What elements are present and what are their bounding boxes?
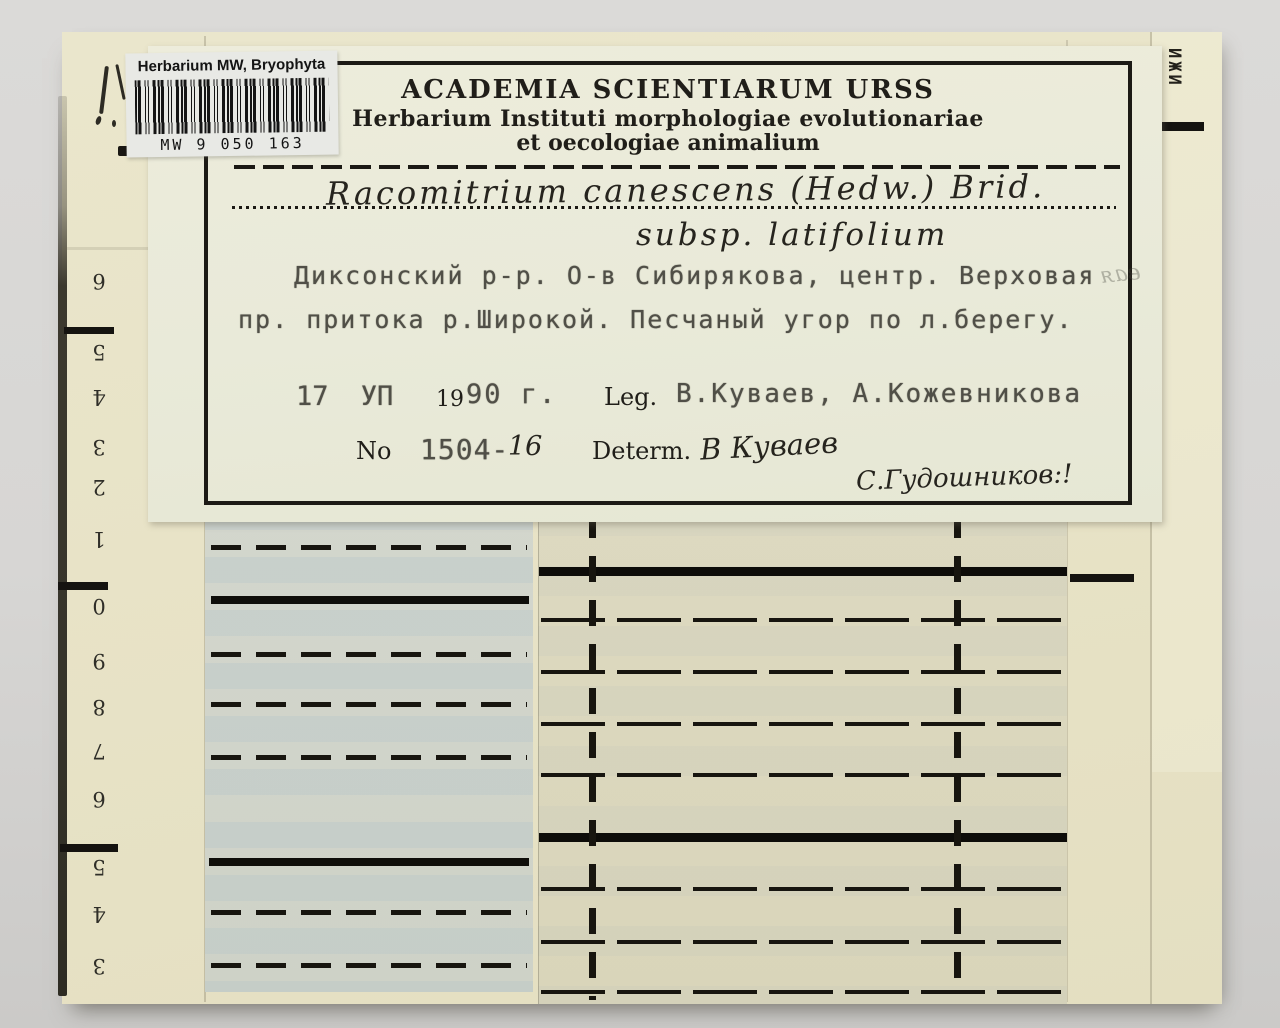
ruler-number: 5 <box>84 340 114 364</box>
ruler-number: 3 <box>84 954 114 978</box>
ruler-number: 6 <box>84 787 114 811</box>
locality-typed-line-1: Диксонский р-р. О-в Сибирякова, центр. В… <box>294 261 1095 290</box>
rule-line <box>541 940 1065 944</box>
ruler-number: 3 <box>84 435 114 459</box>
institution-name: ACADEMIA SCIENTIARUM URSS <box>208 75 1128 105</box>
ruler-number: 9 <box>84 649 114 673</box>
packet-left-torn-edge <box>58 96 67 996</box>
specimen-number-handwritten: 16 <box>508 431 542 462</box>
ruler-number: 2 <box>84 475 114 499</box>
barcode-number: MW 9 050 163 <box>153 134 312 154</box>
barcode-sticker: Herbarium MW, Bryophyta MW 9 050 163 <box>125 51 338 158</box>
rule-line <box>539 833 1067 842</box>
right-flap-highlight <box>1152 32 1222 772</box>
ruled-panel-left <box>205 504 533 992</box>
rule-line <box>541 670 1065 674</box>
rule-line <box>541 773 1065 777</box>
rule-line <box>211 910 527 915</box>
year-prefix-printed: 19 <box>436 387 464 412</box>
ruler-tick <box>58 582 108 590</box>
ruler-number: 1 <box>84 527 114 551</box>
rule-line <box>211 596 529 604</box>
herbarium-specimen-photo: 6 5 4 3 2 1 0 9 8 7 6 5 4 3 ИЖИ <box>0 0 1280 1028</box>
ruler-number: 7 <box>84 739 114 763</box>
rule-line <box>211 545 527 550</box>
ruler-number: 4 <box>84 902 114 926</box>
ruler-number: 4 <box>84 385 114 409</box>
rule-line-vertical <box>954 512 961 996</box>
rule-line <box>211 755 527 760</box>
ruler-tick <box>64 327 114 334</box>
barcode-icon <box>135 78 330 135</box>
species-name-handwritten: Racomitrium canescens (Hedw.) Brid. <box>326 167 1046 213</box>
rule-line <box>211 702 527 707</box>
leg-label-printed: Leg. <box>604 383 657 411</box>
ruler-tick <box>60 844 118 852</box>
determ-label-printed: Determ. <box>592 437 691 465</box>
rule-line <box>539 567 1067 576</box>
rule-line <box>541 990 1065 994</box>
rule-line <box>541 722 1065 726</box>
year-typed: 90 г. <box>466 379 557 410</box>
specimen-number-typed: 1504- <box>420 433 509 466</box>
locality-typed-line-2: пр. притока р.Широкой. Песчаный угор по … <box>238 305 1074 334</box>
ruler-number: 6 <box>84 269 114 293</box>
label-border-box: ACADEMIA SCIENTIARUM URSS Herbarium Inst… <box>204 61 1132 505</box>
flap-vertical-text: ИЖИ <box>1164 48 1184 88</box>
ink-mark <box>112 120 116 127</box>
ruler-number: 5 <box>84 855 114 879</box>
collection-date-typed: 17 УП <box>296 381 393 412</box>
barcode-title: Herbarium MW, Bryophyta <box>125 56 337 76</box>
institution-subtitle-1: Herbarium Instituti morphologiae evoluti… <box>208 106 1128 132</box>
showthrough-text: вая <box>1099 260 1142 289</box>
rule-line <box>209 858 529 866</box>
rule-line <box>211 963 527 968</box>
rule-line <box>541 887 1065 891</box>
subspecies-handwritten: subsp. latifolium <box>636 217 948 253</box>
annotation-handwritten: С.Гудошников:! <box>856 459 1074 497</box>
rule-line <box>541 618 1065 622</box>
ruled-panel-right <box>538 506 1067 1004</box>
no-label-printed: No <box>356 437 391 465</box>
rule-line-vertical <box>589 512 596 1000</box>
rule-line <box>211 652 527 657</box>
institution-subtitle-2: et oecologiae animalium <box>208 130 1128 156</box>
ruler-number: 8 <box>84 695 114 719</box>
collectors-typed: В.Куваев, А.Кожевникова <box>676 379 1082 409</box>
ruler-number: 0 <box>84 594 114 618</box>
rule-line-fragment <box>1070 574 1134 582</box>
flap-tick-mark <box>1156 122 1204 131</box>
determiner-handwritten: В Куваев <box>699 425 839 466</box>
